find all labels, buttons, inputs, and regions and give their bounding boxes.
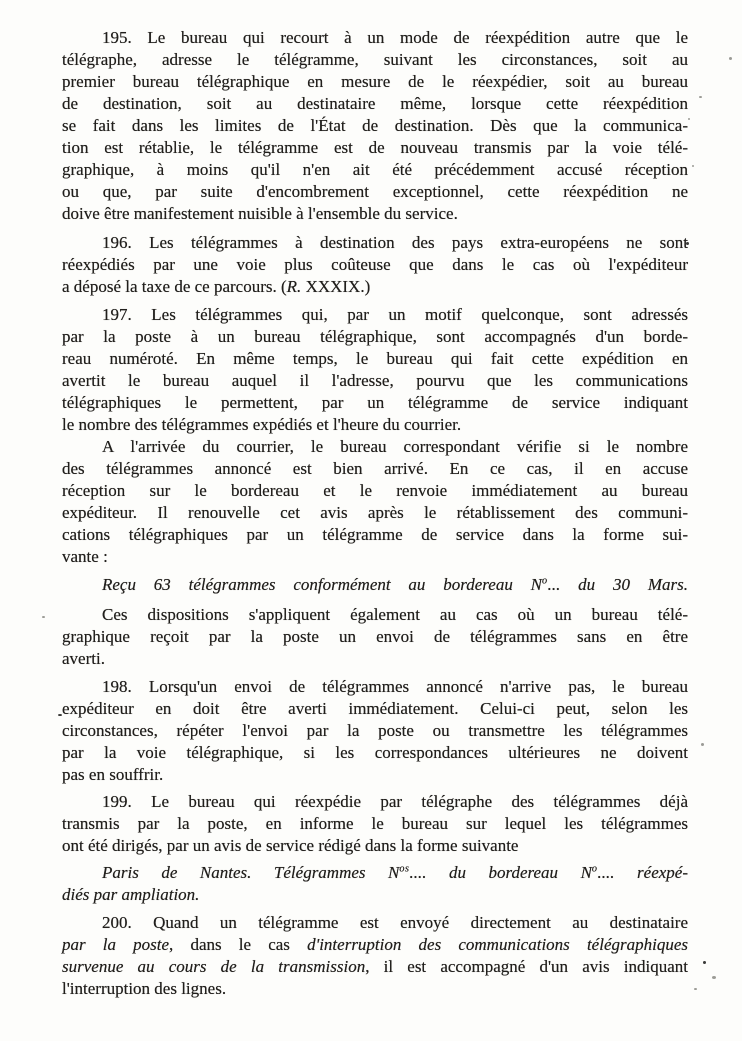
text-line: par la poste, dans le cas d'interruption… (62, 934, 688, 956)
text-run: 197. Les télégrammes qui, par un motif q… (102, 305, 688, 324)
paragraph-service-telegram-example: Reçu 63 télégrammes conformément au bord… (62, 574, 688, 596)
text-line: 197. Les télégrammes qui, par un motif q… (62, 304, 688, 326)
text-run: télégraphiques le permettent, par un tél… (62, 393, 688, 412)
text-line: ont été dirigés, par un avis de service … (62, 835, 688, 857)
text-run: graphique, à moins qu'il n'en ait été pr… (62, 160, 688, 179)
text-line: Ces dispositions s'appliquent également … (62, 604, 688, 626)
text-line: tion est rétablie, le télégramme est de … (62, 137, 688, 159)
text-line: réexpédiés par une voie plus coûteuse qu… (62, 254, 688, 276)
text-run: survenue au cours de la transmission (62, 957, 365, 976)
paragraph-article-197-arrival-paragraph: A l'arrivée du courrier, le bureau corre… (62, 436, 688, 568)
text-run: réception sur le bordereau et le renvoie… (62, 481, 688, 500)
text-line: se fait dans les limites de l'État de de… (62, 115, 688, 137)
text-line: a déposé la taxe de ce parcours. (R. XXX… (62, 276, 688, 298)
text-line: pas en souffrir. (62, 764, 688, 786)
text-run: se fait dans les limites de l'État de de… (62, 116, 688, 135)
text-run: premier bureau télégraphique en mesure d… (62, 72, 688, 91)
text-line: cations télégraphiques par un télégramme… (62, 524, 688, 546)
text-line: premier bureau télégraphique en mesure d… (62, 71, 688, 93)
text-line: le nombre des télégrammes expédiés et l'… (62, 414, 688, 436)
text-line: reau numéroté. En même temps, le bureau … (62, 348, 688, 370)
text-run: 198. Lorsqu'un envoi de télégrammes anno… (102, 677, 688, 696)
text-line: ou que, par suite d'encombrement excepti… (62, 181, 688, 203)
text-line: 199. Le bureau qui réexpédie par télégra… (62, 791, 688, 813)
text-run: par la voie télégraphique, si les corres… (62, 743, 688, 762)
paragraph-article-195: 195. Le bureau qui recourt à un mode de … (62, 27, 688, 225)
text-run: de destination, soit au destinataire mêm… (62, 94, 688, 113)
ink-speck (692, 165, 694, 167)
ink-speck (701, 743, 704, 746)
text-line: l'interruption des lignes. (62, 978, 688, 1000)
text-line: Paris de Nantes. Télégrammes Nos.... du … (62, 862, 688, 884)
text-run: des télégrammes annoncé est bien arrivé.… (62, 459, 688, 478)
text-run: tion est rétablie, le télégramme est de … (62, 138, 688, 157)
text-run: 199. Le bureau qui réexpédie par télégra… (102, 792, 688, 811)
text-run: 196. Les télégrammes à destination des p… (102, 233, 688, 252)
ink-speck (688, 118, 690, 120)
text-run: circonstances, répéter l'envoi par la po… (62, 721, 688, 740)
text-line: par la poste à un bureau télégraphique, … (62, 326, 688, 348)
text-line: Reçu 63 télégrammes conformément au bord… (62, 574, 688, 596)
text-line: de destination, soit au destinataire mêm… (62, 93, 688, 115)
text-run: expéditeur en doit être averti immédiate… (62, 699, 688, 718)
document-page: 195. Le bureau qui recourt à un mode de … (0, 0, 742, 1041)
text-line: télégraphe, adresse le télégramme, suiva… (62, 49, 688, 71)
text-line: graphique reçoit par la poste un envoi d… (62, 626, 688, 648)
text-line: réception sur le bordereau et le renvoie… (62, 480, 688, 502)
text-run: l'interruption des lignes. (62, 979, 226, 998)
text-run: 195. Le bureau qui recourt à un mode de … (102, 28, 688, 47)
text-run: , il est accompagné d'un avis indiquant (365, 957, 688, 976)
text-run: par la poste (62, 935, 169, 954)
text-run: le nombre des télégrammes expédiés et l'… (62, 415, 461, 434)
paragraph-article-196: 196. Les télégrammes à destination des p… (62, 232, 688, 298)
ink-speck (729, 57, 732, 60)
text-line: transmis par la poste, en informe le bur… (62, 813, 688, 835)
text-run: .... réexpé- (598, 863, 688, 882)
paragraph-article-198: 198. Lorsqu'un envoi de télégrammes anno… (62, 676, 688, 786)
text-line: 196. Les télégrammes à destination des p… (62, 232, 688, 254)
text-run: Reçu 63 télégrammes conformément au bord… (102, 575, 542, 594)
paragraph-article-197: 197. Les télégrammes qui, par un motif q… (62, 304, 688, 436)
text-line: expéditeur en doit être averti immédiate… (62, 698, 688, 720)
ink-speck (686, 242, 689, 245)
text-line: par la voie télégraphique, si les corres… (62, 742, 688, 764)
text-line: survenue au cours de la transmission, il… (62, 956, 688, 978)
text-run: cations télégraphiques par un télégramme… (62, 525, 688, 544)
ink-speck (694, 988, 697, 990)
text-line: avertit le bureau auquel il l'adresse, p… (62, 370, 688, 392)
text-line: 200. Quand un télégramme est envoyé dire… (62, 912, 688, 934)
text-line: diés par ampliation. (62, 884, 688, 906)
text-line: circonstances, répéter l'envoi par la po… (62, 720, 688, 742)
ink-speck (42, 616, 45, 618)
paragraph-article-199: 199. Le bureau qui réexpédie par télégra… (62, 791, 688, 857)
text-run: 200. Quand un télégramme est envoyé dire… (102, 913, 688, 932)
text-line: A l'arrivée du courrier, le bureau corre… (62, 436, 688, 458)
text-run: averti. (62, 649, 105, 668)
text-run: ou que, par suite d'encombrement excepti… (62, 182, 688, 201)
text-line: graphique, à moins qu'il n'en ait été pr… (62, 159, 688, 181)
text-run: diés par ampliation. (62, 885, 199, 904)
text-run: vante : (62, 547, 108, 566)
ink-speck (58, 714, 62, 716)
text-run: Paris de Nantes. Télégrammes N (102, 863, 399, 882)
text-run: graphique reçoit par la poste un envoi d… (62, 627, 688, 646)
text-run: doive être manifestement nuisible à l'en… (62, 204, 458, 223)
text-run: reau numéroté. En même temps, le bureau … (62, 349, 688, 368)
text-run: .... du bordereau N (409, 863, 591, 882)
text-run: a déposé la taxe de ce parcours. ( (62, 277, 287, 296)
superscript-run: os (399, 863, 409, 874)
text-run: R. (287, 277, 302, 296)
text-run: XXXIX.) (301, 277, 370, 296)
text-run: réexpédiés par une voie plus coûteuse qu… (62, 255, 688, 274)
text-run: ... du 30 Mars. (548, 575, 688, 594)
text-line: 195. Le bureau qui recourt à un mode de … (62, 27, 688, 49)
text-run: transmis par la poste, en informe le bur… (62, 814, 688, 833)
text-line: 198. Lorsqu'un envoi de télégrammes anno… (62, 676, 688, 698)
ink-speck (699, 96, 702, 98)
paragraph-ces-dispositions-paragraph: Ces dispositions s'appliquent également … (62, 604, 688, 670)
paragraph-article-200: 200. Quand un télégramme est envoyé dire… (62, 912, 688, 1000)
text-line: averti. (62, 648, 688, 670)
text-run: ont été dirigés, par un avis de service … (62, 836, 518, 855)
text-run: expéditeur. Il renouvelle cet avis après… (62, 503, 688, 522)
text-line: doive être manifestement nuisible à l'en… (62, 203, 688, 225)
ink-speck (712, 976, 716, 979)
text-run: , dans le cas (169, 935, 307, 954)
text-block: 195. Le bureau qui recourt à un mode de … (62, 27, 688, 1000)
ink-speck (703, 961, 706, 964)
text-run: télégraphe, adresse le télégramme, suiva… (62, 50, 688, 69)
text-run: d'interruption des communications télégr… (307, 935, 688, 954)
text-line: télégraphiques le permettent, par un tél… (62, 392, 688, 414)
text-run: par la poste à un bureau télégraphique, … (62, 327, 688, 346)
text-run: Ces dispositions s'appliquent également … (102, 605, 688, 624)
text-line: vante : (62, 546, 688, 568)
text-line: des télégrammes annoncé est bien arrivé.… (62, 458, 688, 480)
text-run: pas en souffrir. (62, 765, 163, 784)
text-line: expéditeur. Il renouvelle cet avis après… (62, 502, 688, 524)
text-run: avertit le bureau auquel il l'adresse, p… (62, 371, 688, 390)
paragraph-forwarding-notice-example: Paris de Nantes. Télégrammes Nos.... du … (62, 862, 688, 906)
text-run: A l'arrivée du courrier, le bureau corre… (102, 437, 688, 456)
